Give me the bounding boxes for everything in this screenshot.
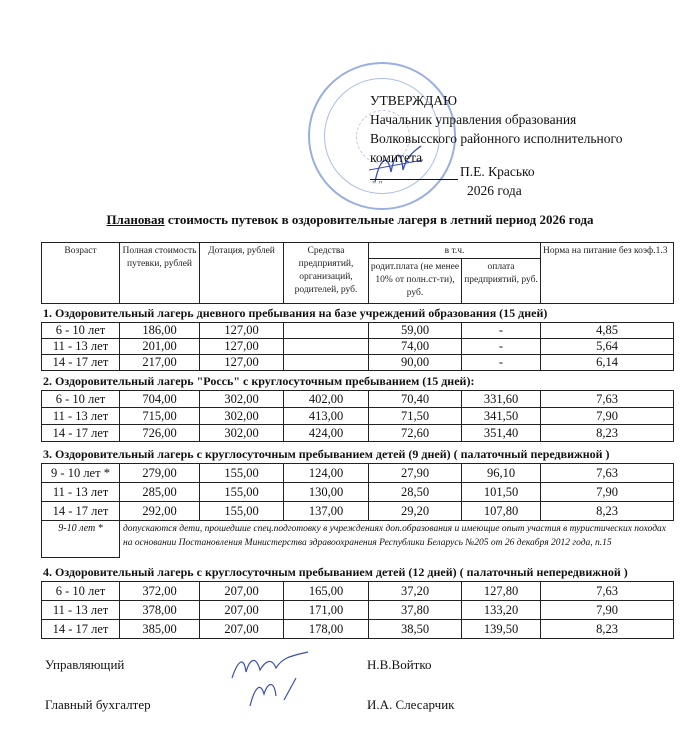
document-title: Плановая стоимость путевок в оздоровител… <box>0 212 700 228</box>
cell-norm: 7,63 <box>541 464 674 483</box>
title-rest: стоимость путевок в оздоровительные лаге… <box>165 212 594 227</box>
table-row: 6 - 10 лет372,00207,00165,0037,20127,807… <box>42 582 674 601</box>
cell-subsidy: 207,00 <box>200 601 284 620</box>
cell-full: 201,00 <box>120 339 200 355</box>
cell-parent: 37,20 <box>369 582 462 601</box>
header-funds: Средства предприятий, организаций, родит… <box>284 243 369 304</box>
cell-parent: 28,50 <box>369 483 462 502</box>
cell-funds: 178,00 <box>284 620 369 639</box>
cell-norm: 8,23 <box>541 425 674 442</box>
cell-norm: 6,14 <box>541 355 674 371</box>
cell-parent: 27,90 <box>369 464 462 483</box>
cell-subsidy: 127,00 <box>200 355 284 371</box>
cell-full: 726,00 <box>120 425 200 442</box>
cell-full: 279,00 <box>120 464 200 483</box>
table-row: 11 - 13 лет715,00302,00413,0071,50341,50… <box>42 408 674 425</box>
date-quote-marks: " " <box>372 180 383 191</box>
cell-funds: 413,00 <box>284 408 369 425</box>
accountant-title: Главный бухгалтер <box>45 697 151 713</box>
approval-position-line1: Начальник управления образования <box>370 110 622 129</box>
signature-line <box>370 179 458 180</box>
cell-age: 11 - 13 лет <box>42 601 120 620</box>
cell-parent: 71,50 <box>369 408 462 425</box>
cell-enterprise: 107,80 <box>462 502 541 521</box>
section-4-table: 6 - 10 лет372,00207,00165,0037,20127,807… <box>41 581 674 639</box>
cell-norm: 7,90 <box>541 601 674 620</box>
header-table: Возраст Полная стоимость путевки, рублей… <box>41 242 674 304</box>
cell-full: 285,00 <box>120 483 200 502</box>
cell-age: 6 - 10 лет <box>42 323 120 339</box>
header-food-norm: Норма на питание без коэф.1.3 <box>541 243 674 304</box>
cell-enterprise: 96,10 <box>462 464 541 483</box>
cell-norm: 7,63 <box>541 391 674 408</box>
cell-funds: 402,00 <box>284 391 369 408</box>
cell-age: 11 - 13 лет <box>42 339 120 355</box>
cell-enterprise: 133,20 <box>462 601 541 620</box>
cell-subsidy: 207,00 <box>200 582 284 601</box>
cell-age: 6 - 10 лет <box>42 391 120 408</box>
table-row: 14 - 17 лет385,00207,00178,0038,50139,50… <box>42 620 674 639</box>
cell-norm: 7,90 <box>541 483 674 502</box>
cell-enterprise: 341,50 <box>462 408 541 425</box>
note-text: допускаются дети, прошедшие спец.подгото… <box>120 521 674 558</box>
table-row: 9 - 10 лет *279,00155,00124,0027,9096,10… <box>42 464 674 483</box>
cell-age: 6 - 10 лет <box>42 582 120 601</box>
manager-title: Управляющий <box>45 657 124 673</box>
cell-enterprise: 139,50 <box>462 620 541 639</box>
approval-year: 2026 года <box>467 183 522 199</box>
cell-enterprise: - <box>462 339 541 355</box>
manager-accountant-signatures <box>230 650 310 710</box>
cell-subsidy: 207,00 <box>200 620 284 639</box>
table-row: 11 - 13 лет285,00155,00130,0028,50101,50… <box>42 483 674 502</box>
cell-norm: 5,64 <box>541 339 674 355</box>
cell-parent: 59,00 <box>369 323 462 339</box>
table-row: 11 - 13 лет378,00207,00171,0037,80133,20… <box>42 601 674 620</box>
cell-subsidy: 127,00 <box>200 339 284 355</box>
cell-funds: 124,00 <box>284 464 369 483</box>
cell-full: 704,00 <box>120 391 200 408</box>
cell-parent: 38,50 <box>369 620 462 639</box>
approval-position-line2: Волковысского районного исполнительного <box>370 129 622 148</box>
cell-age: 14 - 17 лет <box>42 355 120 371</box>
header-including: в т.ч. <box>369 243 541 259</box>
title-underlined-word: Плановая <box>106 212 164 227</box>
cell-funds: 137,00 <box>284 502 369 521</box>
header-subsidy: Дотация, рублей <box>200 243 284 304</box>
section-3-note: 9-10 лет * допускаются дети, прошедшие с… <box>41 520 674 558</box>
section-2-table: 6 - 10 лет704,00302,00402,0070,40331,607… <box>41 390 674 442</box>
cell-parent: 29,20 <box>369 502 462 521</box>
cell-funds <box>284 355 369 371</box>
header-enterprise-fee: оплата предприятий, руб. <box>462 259 541 304</box>
cell-norm: 4,85 <box>541 323 674 339</box>
header-full-cost: Полная стоимость путевки, рублей <box>120 243 200 304</box>
cell-age: 11 - 13 лет <box>42 483 120 502</box>
cell-enterprise: 331,60 <box>462 391 541 408</box>
header-parent-fee: родит.плата (не менее 10% от полн.ст-ти)… <box>369 259 462 304</box>
cell-full: 378,00 <box>120 601 200 620</box>
cell-subsidy: 155,00 <box>200 464 284 483</box>
cell-funds <box>284 339 369 355</box>
cell-enterprise: - <box>462 355 541 371</box>
cell-funds: 165,00 <box>284 582 369 601</box>
cell-age: 14 - 17 лет <box>42 502 120 521</box>
cell-parent: 70,40 <box>369 391 462 408</box>
table-row: 14 - 17 лет726,00302,00424,0072,60351,40… <box>42 425 674 442</box>
section-2-title: 2. Оздоровительный лагерь "Россь" с круг… <box>43 374 474 389</box>
cell-subsidy: 302,00 <box>200 425 284 442</box>
cell-full: 385,00 <box>120 620 200 639</box>
section-1-title: 1. Оздоровительный лагерь дневного пребы… <box>43 306 547 321</box>
cell-enterprise: 101,50 <box>462 483 541 502</box>
cell-age: 11 - 13 лет <box>42 408 120 425</box>
cell-enterprise: 351,40 <box>462 425 541 442</box>
cell-norm: 7,90 <box>541 408 674 425</box>
cell-subsidy: 302,00 <box>200 391 284 408</box>
section-4-title: 4. Оздоровительный лагерь с круглосуточн… <box>43 565 628 580</box>
table-row: 11 - 13 лет201,00127,0074,00-5,64 <box>42 339 674 355</box>
note-age: 9-10 лет * <box>42 521 120 558</box>
cell-funds: 424,00 <box>284 425 369 442</box>
table-row: 14 - 17 лет217,00127,0090,00-6,14 <box>42 355 674 371</box>
table-row: 14 - 17 лет292,00155,00137,0029,20107,80… <box>42 502 674 521</box>
cell-funds: 130,00 <box>284 483 369 502</box>
section-3-title: 3. Оздоровительный лагерь с круглосуточн… <box>43 447 610 462</box>
cell-funds: 171,00 <box>284 601 369 620</box>
cell-norm: 7,63 <box>541 582 674 601</box>
cell-parent: 74,00 <box>369 339 462 355</box>
section-3-table: 9 - 10 лет *279,00155,00124,0027,9096,10… <box>41 463 674 521</box>
cell-parent: 37,80 <box>369 601 462 620</box>
cell-full: 186,00 <box>120 323 200 339</box>
cell-subsidy: 155,00 <box>200 483 284 502</box>
header-age: Возраст <box>42 243 120 304</box>
approver-name: П.Е. Красько <box>460 164 535 180</box>
cell-subsidy: 127,00 <box>200 323 284 339</box>
cell-full: 372,00 <box>120 582 200 601</box>
table-row: 6 - 10 лет186,00127,0059,00-4,85 <box>42 323 674 339</box>
cell-age: 9 - 10 лет * <box>42 464 120 483</box>
section-1-table: 6 - 10 лет186,00127,0059,00-4,8511 - 13 … <box>41 322 674 371</box>
cell-parent: 90,00 <box>369 355 462 371</box>
table-row: 6 - 10 лет704,00302,00402,0070,40331,607… <box>42 391 674 408</box>
cell-age: 14 - 17 лет <box>42 425 120 442</box>
manager-name: Н.В.Войтко <box>367 657 432 673</box>
cell-full: 292,00 <box>120 502 200 521</box>
cell-enterprise: - <box>462 323 541 339</box>
cell-full: 217,00 <box>120 355 200 371</box>
cell-norm: 8,23 <box>541 502 674 521</box>
cell-age: 14 - 17 лет <box>42 620 120 639</box>
cell-parent: 72,60 <box>369 425 462 442</box>
cell-subsidy: 302,00 <box>200 408 284 425</box>
accountant-name: И.А. Слесарчик <box>367 697 454 713</box>
cell-subsidy: 155,00 <box>200 502 284 521</box>
cell-norm: 8,23 <box>541 620 674 639</box>
approval-heading: УТВЕРЖДАЮ <box>370 91 622 110</box>
approval-block: УТВЕРЖДАЮ Начальник управления образован… <box>370 91 622 167</box>
cell-enterprise: 127,80 <box>462 582 541 601</box>
cell-full: 715,00 <box>120 408 200 425</box>
cell-funds <box>284 323 369 339</box>
